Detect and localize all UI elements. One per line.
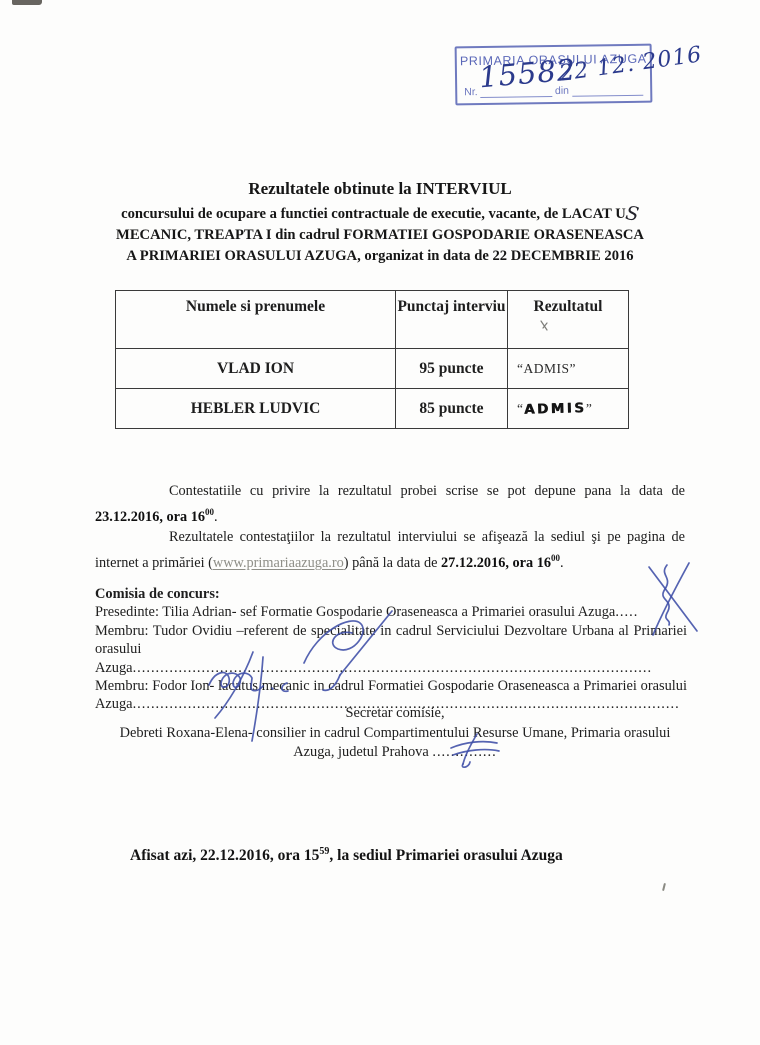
secretary-section: Secretar comisie, Debreti Roxana-Elena- … <box>105 704 685 763</box>
table-row: HEBLER LUDVIC 85 puncte “ADMIS” <box>116 389 629 429</box>
footer-time-superscript: 59 <box>319 846 329 857</box>
table-header-row: Numele si prenumele Punctaj interviu Rez… <box>116 291 629 349</box>
header-result: Rezultatul <box>508 291 629 349</box>
results-table: Numele si prenumele Punctaj interviu Rez… <box>115 290 629 429</box>
dot-leader: ........................................… <box>133 660 653 676</box>
commission-member1-line: Membru: Tudor Ovidiu –referent de specia… <box>95 622 687 677</box>
p2-deadline-date: 27.12.2016, ora 16 <box>441 555 551 571</box>
stray-pen-mark <box>662 883 666 891</box>
table-row: VLAD ION 95 puncte “ADMIS” <box>116 349 629 389</box>
secretary-body: Debreti Roxana-Elena- consilier in cadru… <box>105 724 685 763</box>
commission-heading: Comisia de concurs: <box>95 585 687 603</box>
title-line-1: Rezultatele obtinute la INTERVIUL <box>0 179 760 199</box>
footer-text: Afisat azi, 22.12.2016, ora 15 <box>130 847 319 864</box>
p1-deadline-date: 23.12.2016, ora 16 <box>95 509 205 525</box>
secretary-heading: Secretar comisie, <box>105 704 685 724</box>
p1-text: Contestatiile cu privire la rezultatul p… <box>169 483 685 499</box>
handwritten-letter-s: S <box>624 203 640 226</box>
registration-stamp: PRIMARIA ORAȘULUI AZUGA Nr. din 15582 22… <box>455 44 653 106</box>
candidate-result: “ADMIS” <box>508 349 629 389</box>
result-close-quote: ” <box>586 401 593 416</box>
p1-period: . <box>214 509 218 525</box>
scanned-document-page: PRIMARIA ORAȘULUI AZUGA Nr. din 15582 22… <box>0 0 760 1045</box>
candidate-score: 85 puncte <box>396 389 508 429</box>
website-url: www.primariaazuga.ro <box>213 555 344 571</box>
president-text: Presedinte: Tilia Adrian- sef Formatie G… <box>95 604 615 620</box>
result-text-hand-corrected: ADMIS <box>523 400 586 418</box>
posting-date-line: Afisat azi, 22.12.2016, ora 1559, la sed… <box>130 846 563 865</box>
contestation-paragraph-1: Contestatiile cu privire la rezultatul p… <box>95 481 685 527</box>
candidate-result: “ADMIS” <box>508 389 629 429</box>
candidate-score: 95 puncte <box>396 349 508 389</box>
footer-text-end: , la sediul Primariei orasului Azuga <box>329 847 562 864</box>
p2-period: . <box>560 555 564 571</box>
stamp-nr-label: Nr. <box>464 86 478 98</box>
p2-time-superscript: 00 <box>551 553 560 563</box>
handwritten-registration-date: 22 12. 2016 <box>558 42 704 86</box>
scan-artifact-speck <box>12 0 42 5</box>
title-line-3: MECANIC, TREAPTA I din cadrul FORMATIEI … <box>116 227 644 243</box>
commission-section: Comisia de concurs: Presedinte: Tilia Ad… <box>95 585 687 714</box>
dot-leader: ..... <box>615 604 638 620</box>
candidate-name: HEBLER LUDVIC <box>116 389 396 429</box>
p1-time-superscript: 00 <box>205 507 214 517</box>
header-score: Punctaj interviu <box>396 291 508 349</box>
body-paragraphs: Contestatiile cu privire la rezultatul p… <box>95 481 685 574</box>
result-open-quote: “ <box>517 401 524 416</box>
stamp-date-blank-line <box>572 84 643 97</box>
secretary-text: Debreti Roxana-Elena- consilier in cadru… <box>120 725 671 761</box>
title-subtitle: concursului de ocupare a functiei contra… <box>0 202 760 267</box>
document-title: Rezultatele obtinute la INTERVIUL concur… <box>0 179 760 267</box>
title-line-2: concursului de ocupare a functiei contra… <box>121 206 626 222</box>
contestation-paragraph-2: Rezultatele contestaţiilor la rezultatul… <box>95 527 685 573</box>
header-name: Numele si prenumele <box>116 291 396 349</box>
commission-president-line: Presedinte: Tilia Adrian- sef Formatie G… <box>95 603 687 621</box>
dot-leader: .............. <box>432 744 496 760</box>
title-line-4: A PRIMARIEI ORASULUI AZUGA, organizat in… <box>126 248 633 264</box>
candidate-name: VLAD ION <box>116 349 396 389</box>
result-text: ADMIS <box>524 361 570 376</box>
p2-mid-text: ) până la data de <box>344 555 441 571</box>
result-close-quote: ” <box>570 361 577 376</box>
